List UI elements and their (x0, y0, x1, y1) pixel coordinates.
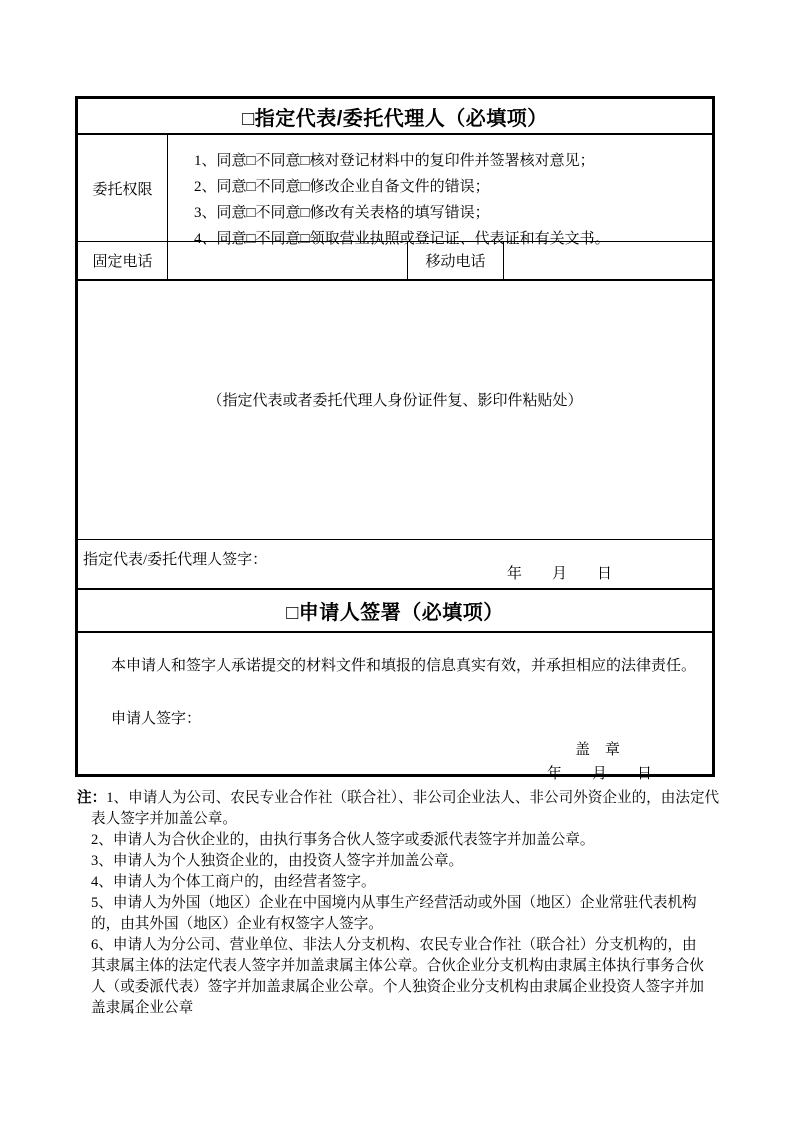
form-page: □指定代表/委托代理人（必填项） 委托权限 1、同意□不同意□核对登记材料中的复… (0, 0, 793, 1122)
mobile-phone-label-cell: 移动电话 (408, 242, 504, 279)
note-line: 的，由其外国（地区）企业有权签字人签字。 (77, 914, 722, 935)
note-line: 其隶属主体的法定代表人签字并加盖隶属主体公章。合伙企业分支机构由隶属主体执行事务… (77, 956, 722, 977)
applicant-section-title: □申请人签署（必填项） (286, 596, 504, 625)
note-line: 2、申请人为合伙企业的，由执行事务合伙人签字或委派代表签字并加盖公章。 (77, 830, 722, 851)
phone-row: 固定电话 移动电话 (78, 242, 712, 281)
note-line: 注：1、申请人为公司、农民专业合作社（联合社）、非公司企业法人、非公司外资企业的… (77, 788, 722, 809)
fixed-phone-label-cell: 固定电话 (78, 242, 168, 279)
note-line: 3、申请人为个人独资企业的，由投资人签字并加盖公章。 (77, 851, 722, 872)
note-line: 4、申请人为个体工商户的，由经营者签字。 (77, 872, 722, 893)
note-line: 人（或委派代表）签字并加盖隶属企业公章。个人独资企业分支机构由隶属企业投资人签字… (77, 977, 722, 998)
authorization-item: 1、同意□不同意□核对登记材料中的复印件并签署核对意见； (194, 148, 712, 174)
applicant-section-title-row: □申请人签署（必填项） (78, 590, 712, 633)
seal-label: 盖 章 (78, 738, 712, 759)
agent-applicant-form-table: □指定代表/委托代理人（必填项） 委托权限 1、同意□不同意□核对登记材料中的复… (75, 96, 715, 777)
applicant-signature-block: 本申请人和签字人承诺提交的材料文件和填报的信息真实有效，并承担相应的法律责任。 … (78, 633, 712, 774)
note-line: 盖隶属企业公章 (77, 998, 722, 1019)
note-line: 5、申请人为外国（地区）企业在中国境内从事生产经营活动或外国（地区）企业常驻代表… (77, 893, 722, 914)
authorization-items: 1、同意□不同意□核对登记材料中的复印件并签署核对意见； 2、同意□不同意□修改… (168, 135, 712, 241)
fixed-phone-label: 固定电话 (92, 250, 152, 271)
agent-section-title: □指定代表/委托代理人（必填项） (242, 102, 548, 131)
agent-signature-row[interactable]: 指定代表/委托代理人签字： 年 月 日 (78, 540, 712, 590)
agent-section-title-row: □指定代表/委托代理人（必填项） (78, 99, 712, 135)
id-paste-area: （指定代表或者委托代理人身份证件复、影印件粘贴处） (78, 281, 712, 540)
authorization-label: 委托权限 (92, 178, 152, 199)
applicant-statement: 本申请人和签字人承诺提交的材料文件和填报的信息真实有效，并承担相应的法律责任。 (78, 654, 712, 675)
authorization-row: 委托权限 1、同意□不同意□核对登记材料中的复印件并签署核对意见； 2、同意□不… (78, 135, 712, 242)
applicant-signature-label[interactable]: 申请人签字： (78, 707, 712, 728)
fixed-phone-input[interactable] (168, 242, 408, 279)
authorization-item: 2、同意□不同意□修改企业自备文件的错误； (194, 174, 712, 200)
note-line: 6、申请人为分公司、营业单位、非法人分支机构、农民专业合作社（联合社）分支机构的… (77, 935, 722, 956)
agent-signature-label: 指定代表/委托代理人签字： (83, 552, 267, 568)
authorization-label-cell: 委托权限 (78, 135, 168, 241)
authorization-item: 3、同意□不同意□修改有关表格的填写错误； (194, 200, 712, 226)
agent-date-line: 年 月 日 (507, 562, 612, 583)
note-line: 表人签字并加盖公章。 (77, 809, 722, 830)
id-paste-hint: （指定代表或者委托代理人身份证件复、影印件粘贴处） (207, 389, 582, 410)
applicant-date-line: 年 月 日 (78, 762, 712, 783)
note-text: 1、申请人为公司、农民专业合作社（联合社）、非公司企业法人、非公司外资企业的，由… (106, 790, 719, 806)
mobile-phone-label: 移动电话 (425, 250, 485, 271)
footnotes: 注：1、申请人为公司、农民专业合作社（联合社）、非公司企业法人、非公司外资企业的… (77, 788, 722, 1019)
mobile-phone-input[interactable] (504, 242, 712, 279)
note-marker: 注： (77, 790, 106, 806)
